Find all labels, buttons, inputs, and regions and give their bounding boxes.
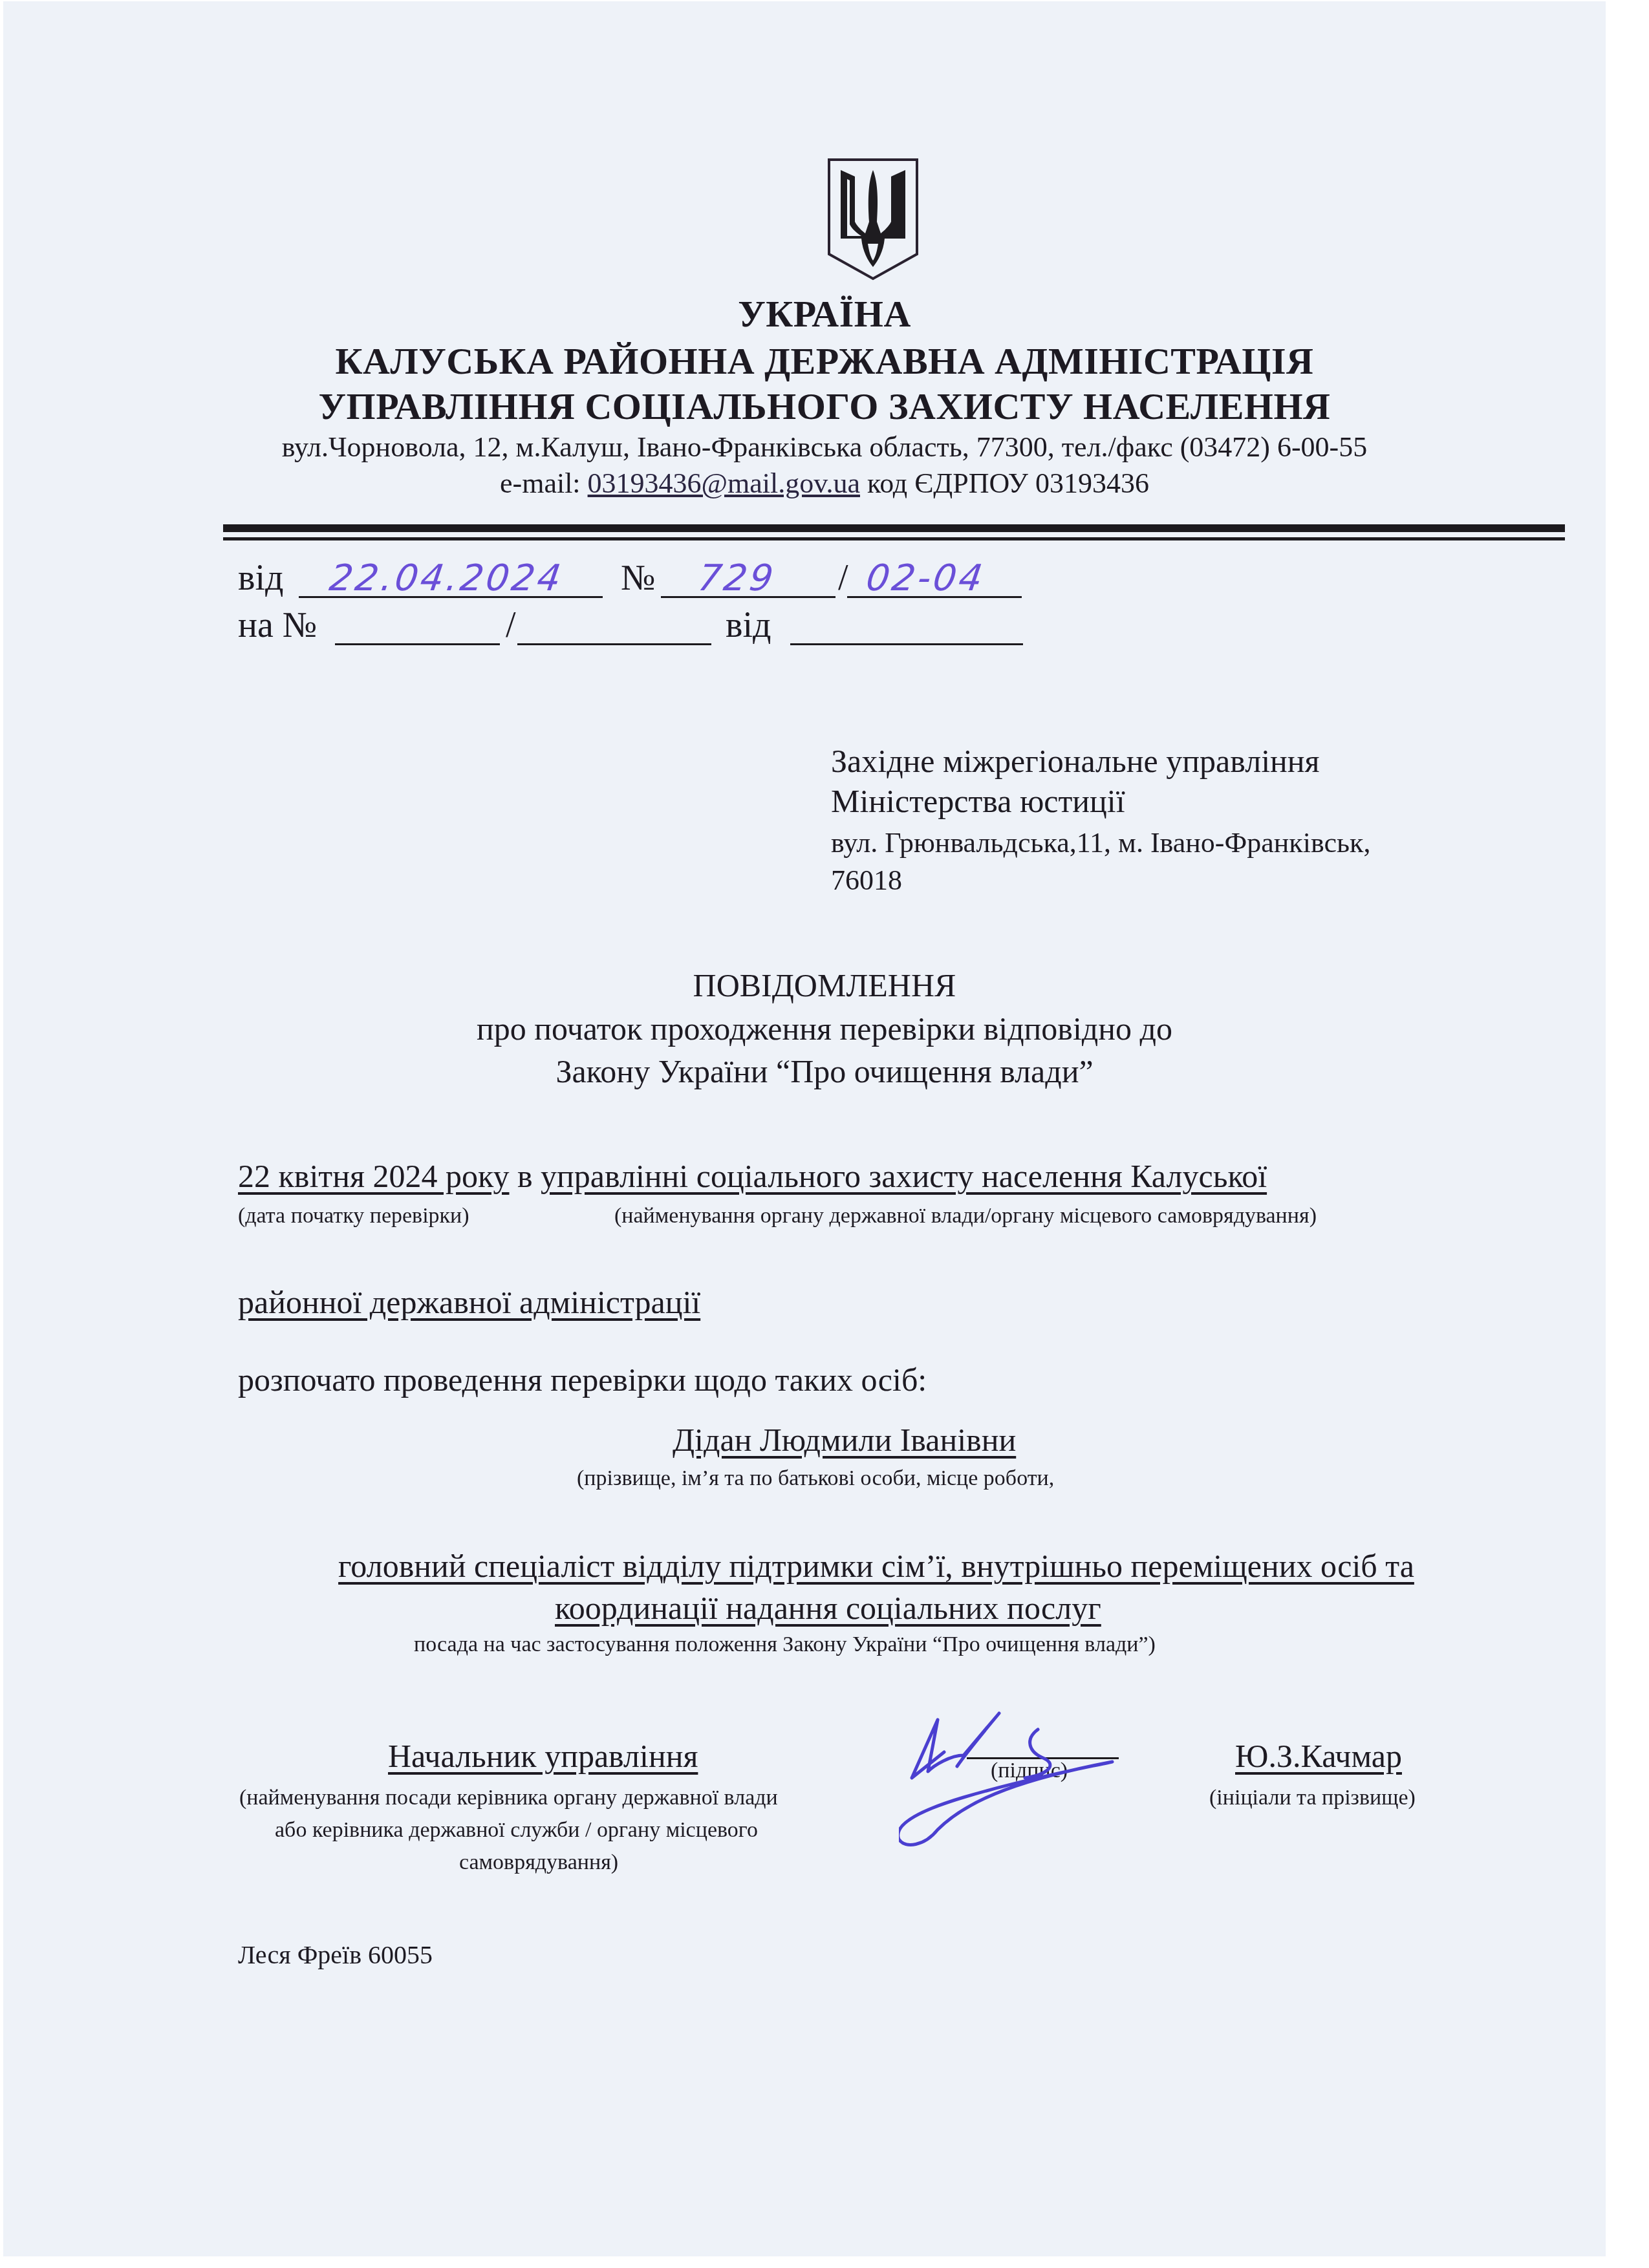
reply-number-line — [335, 643, 500, 645]
caption-signatory-position-3: самоврядування) — [459, 1850, 618, 1875]
department-title: УПРАВЛІННЯ СОЦІАЛЬНОГО ЗАХИСТУ НАСЕЛЕННЯ — [0, 385, 1649, 428]
outgoing-index-line — [847, 596, 1022, 598]
outgoing-date-line — [299, 596, 603, 598]
header-divider-thin — [223, 537, 1565, 540]
header-address: вул.Чорновола, 12, м.Калуш, Івано-Франкі… — [0, 431, 1649, 464]
signatory-position: Начальник управління — [388, 1737, 698, 1775]
caption-organ-name: (найменування органу державної влади/орг… — [614, 1204, 1317, 1228]
reply-date-line — [790, 643, 1023, 645]
handwritten-signature — [899, 1694, 1183, 1862]
addressee-line-1: Західне міжрегіональне управління — [831, 742, 1320, 780]
organ-name-part-1: управлінні соціального захисту населення… — [541, 1158, 1267, 1194]
caption-position: посада на час застосування положення Зак… — [414, 1632, 1156, 1657]
reply-separator: / — [506, 604, 516, 646]
preposition-in: в — [517, 1158, 533, 1194]
addressee-postcode: 76018 — [831, 864, 902, 897]
outgoing-number-line — [661, 596, 835, 598]
signatory-name: Ю.З.Качмар — [1235, 1737, 1402, 1775]
person-name: Дідан Людмили Іванівни — [673, 1421, 1016, 1459]
from-label: від — [238, 557, 284, 599]
check-start-date: 22 квітня 2024 року — [238, 1158, 509, 1194]
notice-heading: ПОВІДОМЛЕННЯ — [0, 967, 1649, 1004]
number-separator: / — [838, 557, 848, 599]
outgoing-date: 22.04.2024 — [327, 557, 566, 599]
notice-subtitle-1: про початок проходження перевірки відпов… — [0, 1010, 1649, 1047]
trident-coat-of-arms-icon — [826, 157, 920, 281]
outgoing-number: 729 — [695, 557, 778, 599]
organ-name-part-2: районної державної адміністрації — [238, 1283, 700, 1321]
caption-signatory-name: (ініціали та прізвище) — [1209, 1786, 1416, 1810]
reply-from-label: від — [726, 604, 771, 646]
position-line-2: координації надання соціальних послуг — [555, 1589, 1101, 1627]
reply-index-line — [517, 643, 711, 645]
edrpou-code: код ЄДРПОУ 03193436 — [867, 467, 1149, 499]
header-contacts: e-mail: 03193436@mail.gov.ua код ЄДРПОУ … — [0, 467, 1649, 500]
country-title: УКРАЇНА — [0, 292, 1649, 336]
outgoing-index: 02-04 — [863, 557, 987, 599]
email-label: e-mail: — [500, 467, 581, 499]
email-link[interactable]: 03193436@mail.gov.ua — [588, 467, 860, 499]
caption-signatory-position-2: або керівника державної служби / органу … — [275, 1818, 758, 1843]
executor-contact: Леся Фреїв 60055 — [238, 1940, 433, 1970]
reply-number-label: на № — [238, 604, 317, 646]
addressee-line-2: Міністерства юстиції — [831, 782, 1125, 820]
number-label: № — [621, 557, 655, 599]
addressee-address: вул. Грюнвальдська,11, м. Івано-Франківс… — [831, 826, 1370, 859]
check-started-text: розпочато проведення перевірки щодо таки… — [238, 1361, 927, 1398]
notice-subtitle-2: Закону України “Про очищення влади” — [0, 1053, 1649, 1090]
caption-person: (прізвище, ім’я та по батькові особи, мі… — [577, 1466, 1054, 1491]
caption-signatory-position-1: (найменування посади керівника органу де… — [239, 1786, 778, 1810]
header-divider-thick — [223, 524, 1565, 532]
position-line-1: головний спеціаліст відділу підтримки сі… — [0, 1547, 1649, 1585]
administration-title: КАЛУСЬКА РАЙОННА ДЕРЖАВНА АДМІНІСТРАЦІЯ — [0, 339, 1649, 383]
check-start-line: 22 квітня 2024 року в управлінні соціаль… — [238, 1157, 1267, 1195]
caption-check-date: (дата початку перевірки) — [238, 1204, 469, 1228]
